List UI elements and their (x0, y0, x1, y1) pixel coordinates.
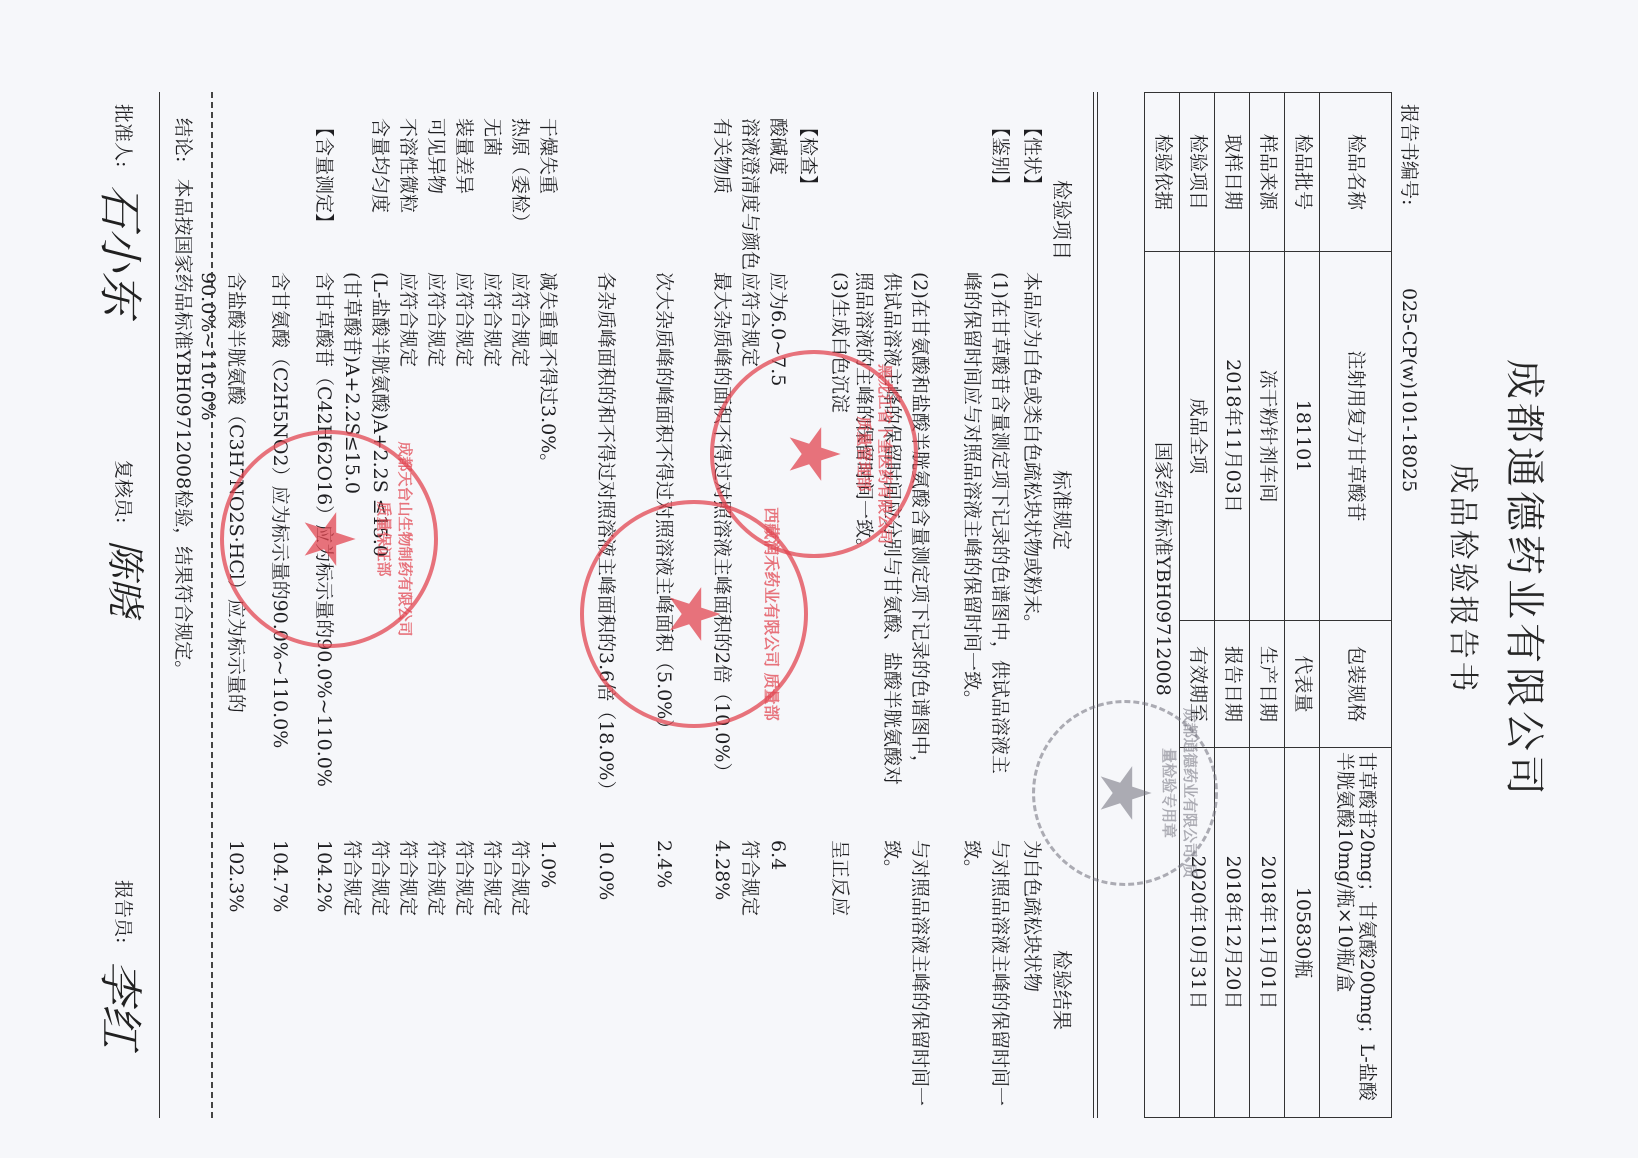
reviewer-label: 复核员: (111, 460, 138, 523)
row-standard: 应符合规定 (478, 272, 506, 792)
row-standard: 应符合规定 (394, 272, 422, 792)
row-result: 为白色疏松块状物 (1018, 840, 1046, 1140)
batch-value: 181101 (1285, 252, 1320, 621)
row-result: 102.3% (222, 840, 250, 1140)
report-number: 报告书编号: 025-CP(w)101-18025 (1397, 104, 1424, 492)
row-result: 符合规定 (478, 840, 506, 1140)
dashed-divider (211, 92, 213, 1118)
row-item: 【检查】 (794, 118, 822, 358)
expiry-label: 有效期至 (1180, 621, 1215, 748)
sample-date-value: 2018年11月03日 (1215, 252, 1250, 621)
source-value: 冻干粉针剂车间 (1250, 252, 1285, 621)
product-name: 注射用复方甘草酸苷 (1320, 252, 1392, 621)
row-result: 6.4 (764, 840, 792, 1140)
approver-label: 批准人: (111, 104, 138, 167)
row-result: 104.2% (310, 840, 338, 1140)
row-standard: (甘草酸苷)A+2.2S≤15.0 (338, 272, 366, 792)
row-standard: 含甘草酸苷（C42H62O16）应为标示量的90.0%~110.0% (310, 272, 338, 792)
row-result: 1.0% (534, 840, 562, 1140)
row-result: 符合规定 (422, 840, 450, 1140)
conclusion-label: 结论: (172, 118, 194, 162)
row-result: 与对照品溶液主峰的保留时间一致。 (958, 840, 1014, 1140)
row-standard: (2)在甘氨酸和盐酸半胱氨酸含量测定项下记录的色谱图中，供试品溶液主峰的保留时间… (850, 272, 934, 792)
basis-value: 国家药品标准YBH09712008 (1145, 252, 1180, 1118)
report-page: 成都通德药业有限公司 成品检验报告书 报告书编号: 025-CP(w)101-1… (0, 0, 1638, 1158)
row-result: 符合规定 (736, 840, 764, 1140)
info-table: 检品名称 注射用复方甘草酸苷 包装规格 甘草酸苷20mg；甘氨酸200mg；L-… (1144, 92, 1392, 1118)
row-result: 4.28% (708, 840, 736, 1140)
reporter-label: 报告员: (111, 880, 138, 943)
column-header-result: 检验结果 (1049, 950, 1078, 1030)
row-standard: 应符合规定 (506, 272, 534, 792)
spec-label: 包装规格 (1320, 621, 1392, 748)
report-number-value: 025-CP(w)101-18025 (1398, 288, 1420, 492)
row-standard: 次大杂质峰的峰面积不得过对照溶液主峰面积（5.0%） (650, 272, 678, 792)
row-standard: (3)生成白色沉淀 (826, 272, 854, 792)
signature-divider (159, 92, 160, 1118)
row-standard: 应为6.0~7.5 (764, 272, 792, 792)
sample-date-label: 取样日期 (1215, 93, 1250, 252)
basis-label: 检验依据 (1145, 93, 1180, 252)
report-date-label: 报告日期 (1215, 621, 1250, 748)
test-items-label: 检验项目 (1180, 93, 1215, 252)
row-result: 2.4% (650, 840, 678, 1140)
section-divider (1093, 92, 1098, 1118)
row-standard: 含盐酸半胱氨酸（C3H7NO2S·HCl）应为标示量的90.0%~110.0% (194, 272, 250, 792)
spec-value: 甘草酸苷20mg；甘氨酸200mg；L-盐酸半胱氨酸10mg/瓶×10瓶/盒 (1320, 748, 1392, 1118)
report-title: 成品检验报告书 (1444, 0, 1488, 1158)
row-result: 符合规定 (450, 840, 478, 1140)
row-standard: 含甘氨酸（C2H5NO2）应为标示量的90.0%~110.0% (266, 272, 294, 792)
row-standard: 各杂质峰面积的和不得过对照溶液主峰面积的3.6倍（18.0%） (592, 272, 620, 792)
row-standard: 最大杂质峰的面积不得过对照溶液主峰面积的2倍（10.0%） (708, 272, 736, 792)
row-result: 与对照品溶液主峰的保留时间一致。 (878, 840, 934, 1140)
prod-date-value: 2018年11月01日 (1250, 748, 1285, 1118)
reviewer-signature: 陈晓 (101, 540, 156, 616)
conclusion: 结论: 本品按国家药品标准YBH09712008检验，结果符合规定。 (171, 118, 198, 679)
company-name: 成都通德药业有限公司 (1499, 0, 1556, 1158)
conclusion-text: 本品按国家药品标准YBH09712008检验，结果符合规定。 (172, 178, 194, 679)
quantity-label: 代表量 (1285, 621, 1320, 748)
row-standard: 应符合规定 (450, 272, 478, 792)
row-result: 10.0% (592, 840, 620, 1140)
row-standard: (L-盐酸半胱氨酸)A+2.2S ≤15.0 (366, 272, 394, 792)
test-items-value: 成品全项 (1180, 252, 1215, 621)
column-header-item: 检验项目 (1049, 180, 1078, 260)
prod-date-label: 生产日期 (1250, 621, 1285, 748)
row-standard: 应符合规定 (422, 272, 450, 792)
approver-signature: 石小东 (92, 184, 156, 316)
report-number-label: 报告书编号: (1397, 104, 1424, 282)
row-result: 符合规定 (394, 840, 422, 1140)
source-label: 样品来源 (1250, 93, 1285, 252)
row-result: 符合规定 (506, 840, 534, 1140)
row-standard: 应符合规定 (736, 272, 764, 792)
expiry-value: 2020年10月31日 (1180, 748, 1215, 1118)
row-result: 104.7% (266, 840, 294, 1140)
quantity-value: 105830瓶 (1285, 748, 1320, 1118)
reporter-signature: 李红 (92, 960, 156, 1048)
product-name-label: 检品名称 (1320, 93, 1392, 252)
column-header-standard: 标准规定 (1049, 470, 1078, 550)
report-date-value: 2018年12月20日 (1215, 748, 1250, 1118)
row-result: 符合规定 (338, 840, 366, 1140)
row-standard: 减失重量不得过3.0%。 (534, 272, 562, 792)
row-result: 呈正反应 (826, 840, 854, 1140)
row-standard: 本品应为白色或类白色疏松块状物或粉末。 (1018, 272, 1046, 792)
row-standard: (1)在甘草酸苷含量测定项下记录的色谱图中，供试品溶液主峰的保留时间应与对照品溶… (958, 272, 1014, 792)
batch-label: 检品批号 (1285, 93, 1320, 252)
row-result: 符合规定 (366, 840, 394, 1140)
